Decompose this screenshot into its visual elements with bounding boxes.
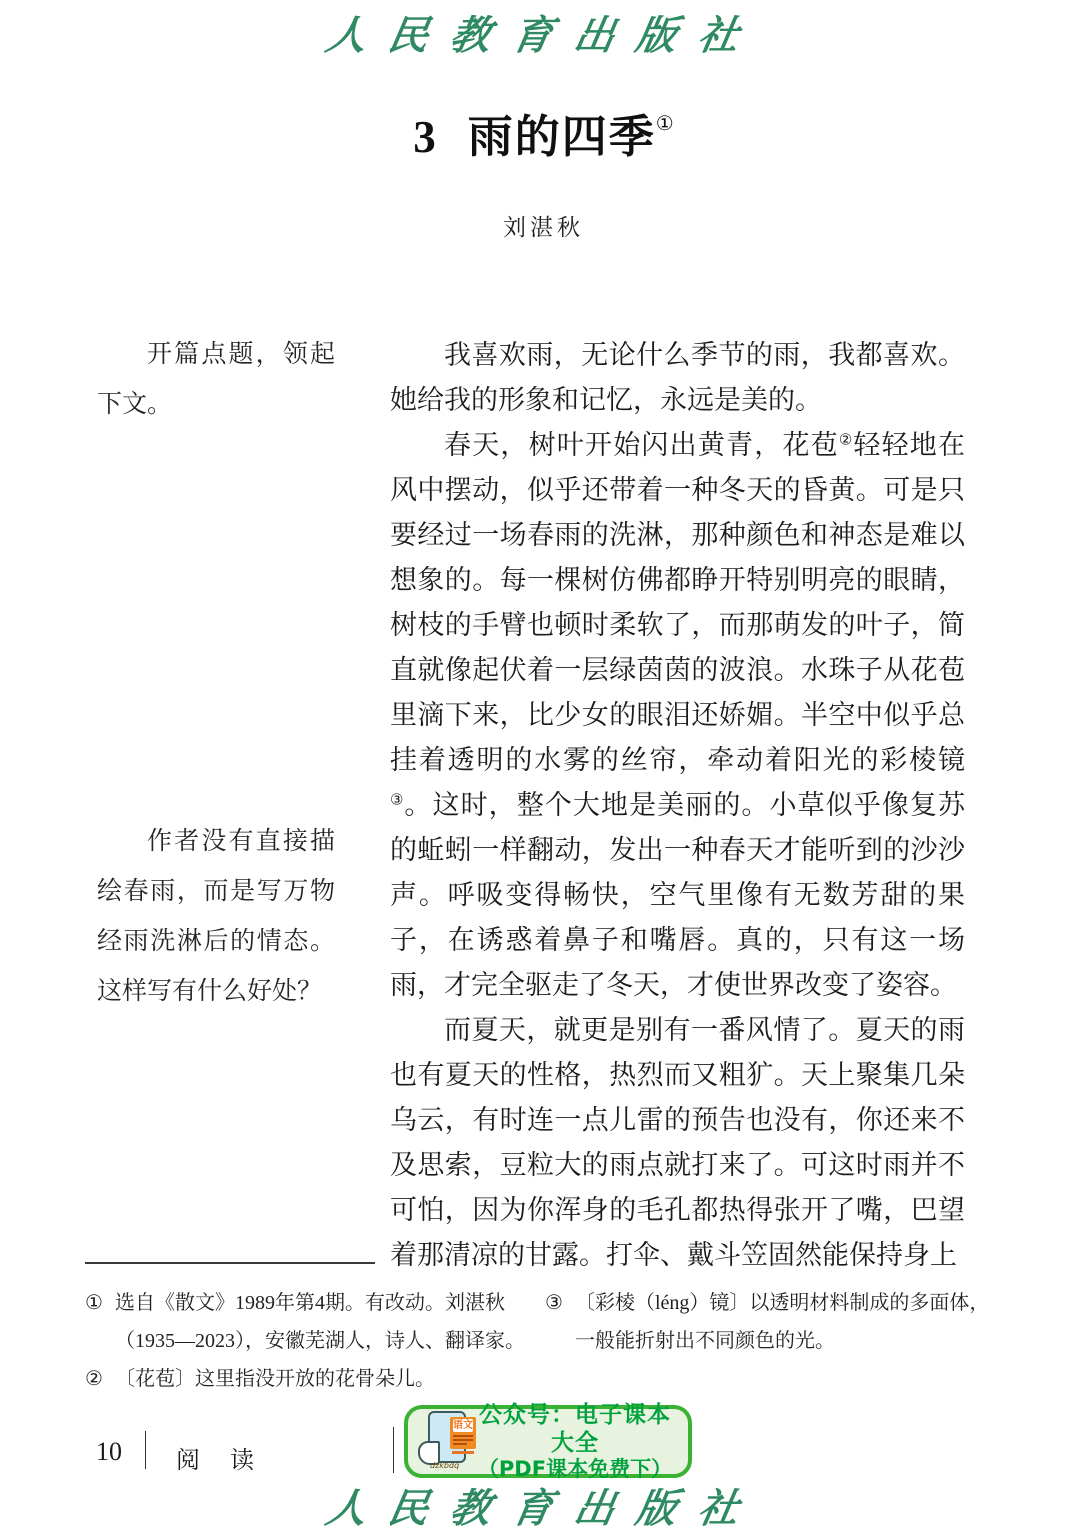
footnote-3-text: 〔彩棱（léng）镜〕以透明材料制成的多面体，一般能折射出不同颜色的光。 <box>575 1284 990 1360</box>
publisher-logo-bottom: 人民教育出版社 <box>0 1477 1087 1534</box>
footnote-2: ② 〔花苞〕这里指没开放的花骨朵儿。 <box>85 1360 525 1398</box>
badge-line-1: 公众号：电子课本大全 <box>470 1401 680 1457</box>
author-name: 刘湛秋 <box>0 209 1087 242</box>
publisher-logo-text: 人民教育出版社 <box>321 4 765 61</box>
paragraph-1-text: 我喜欢雨，无论什么季节的雨，我都喜欢。她给我的形象和记忆，永远是美的。 <box>390 340 965 415</box>
book-cover-shape: 语文 <box>450 1417 476 1449</box>
tablet-bar <box>452 1451 474 1454</box>
margin-note-1: 开篇点题，领起下文。 <box>97 330 335 430</box>
lesson-title-text: 雨的四季 <box>468 112 656 162</box>
paragraph-1: 我喜欢雨，无论什么季节的雨，我都喜欢。她给我的形象和记忆，永远是美的。 <box>390 333 965 423</box>
wechat-promo-badge: 语文 dzkbdq 公众号：电子课本大全 （PDF课本免费下） <box>404 1405 692 1478</box>
footer-separator-2 <box>393 1427 394 1473</box>
paragraph-2-text-b: 轻轻地在风中摆动，似乎还带着一种冬天的昏黄。可是只要经过一场春雨的洗淋，那种颜色… <box>390 430 965 775</box>
footnote-ref-3: ③ <box>390 792 404 808</box>
book-cover-label: 语文 <box>453 1419 473 1432</box>
footnote-1: ① 选自《散文》1989年第4期。有改动。刘湛秋（1935—2023），安徽芜湖… <box>85 1284 525 1360</box>
footnote-3-marker: ③ <box>545 1284 575 1360</box>
cover-line <box>453 1439 473 1441</box>
footnotes-section: ① 选自《散文》1989年第4期。有改动。刘湛秋（1935—2023），安徽芜湖… <box>85 1262 990 1398</box>
section-label: 阅 读 <box>176 1440 266 1475</box>
badge-line-2: （PDF课本免费下） <box>470 1457 680 1482</box>
footnotes-left-column: ① 选自《散文》1989年第4期。有改动。刘湛秋（1935—2023），安徽芜湖… <box>85 1284 525 1398</box>
footnote-1-text: 选自《散文》1989年第4期。有改动。刘湛秋（1935—2023），安徽芜湖人，… <box>115 1284 525 1360</box>
lesson-number: 3 <box>413 112 438 162</box>
footnotes-right-column: ③ 〔彩棱（léng）镜〕以透明材料制成的多面体，一般能折射出不同颜色的光。 <box>545 1284 990 1398</box>
footnote-ref-2: ② <box>839 432 854 448</box>
page-number: 10 <box>96 1437 122 1467</box>
badge-text: 公众号：电子课本大全 （PDF课本免费下） <box>470 1401 680 1482</box>
footnote-2-text: 〔花苞〕这里指没开放的花骨朵儿。 <box>115 1360 525 1398</box>
textbook-page: 人民教育出版社 3雨的四季① 刘湛秋 开篇点题，领起下文。 作者没有直接描绘春雨… <box>0 0 1087 1535</box>
title-footnote-mark: ① <box>656 113 674 135</box>
cover-line <box>453 1443 467 1445</box>
footnote-divider <box>85 1262 375 1264</box>
tablet-book-icon: 语文 dzkbdq <box>414 1411 470 1473</box>
cover-line <box>453 1435 473 1437</box>
footer-separator-1 <box>145 1431 146 1469</box>
publisher-logo-text: 人民教育出版社 <box>321 1477 765 1534</box>
paragraph-3: 而夏天，就更是别有一番风情了。夏天的雨也有夏天的性格，热烈而又粗犷。天上聚集几朵… <box>390 1008 965 1278</box>
lesson-title: 3雨的四季① <box>0 100 1087 165</box>
paragraph-2-text-c: 。这时，整个大地是美丽的。小草似乎像复苏的蚯蚓一样翻动，发出一种春天才能听到的沙… <box>390 790 965 1000</box>
paragraph-3-text: 而夏天，就更是别有一番风情了。夏天的雨也有夏天的性格，热烈而又粗犷。天上聚集几朵… <box>390 1015 965 1270</box>
footnote-1-marker: ① <box>85 1284 115 1360</box>
footnote-3: ③ 〔彩棱（léng）镜〕以透明材料制成的多面体，一般能折射出不同颜色的光。 <box>545 1284 990 1360</box>
icon-caption: dzkbdq <box>430 1461 459 1470</box>
content-area: 开篇点题，领起下文。 作者没有直接描绘春雨，而是写万物经雨洗淋后的情态。这样写有… <box>85 333 975 1278</box>
paragraph-2: 春天，树叶开始闪出黄青，花苞②轻轻地在风中摆动，似乎还带着一种冬天的昏黄。可是只… <box>390 423 965 1008</box>
paragraph-2-text-a: 春天，树叶开始闪出黄青，花苞 <box>444 430 839 460</box>
main-text: 我喜欢雨，无论什么季节的雨，我都喜欢。她给我的形象和记忆，永远是美的。 春天，树… <box>390 333 965 1278</box>
margin-note-2: 作者没有直接描绘春雨，而是写万物经雨洗淋后的情态。这样写有什么好处？ <box>97 817 335 1017</box>
footnote-2-marker: ② <box>85 1360 115 1398</box>
publisher-logo-top: 人民教育出版社 <box>0 4 1087 61</box>
